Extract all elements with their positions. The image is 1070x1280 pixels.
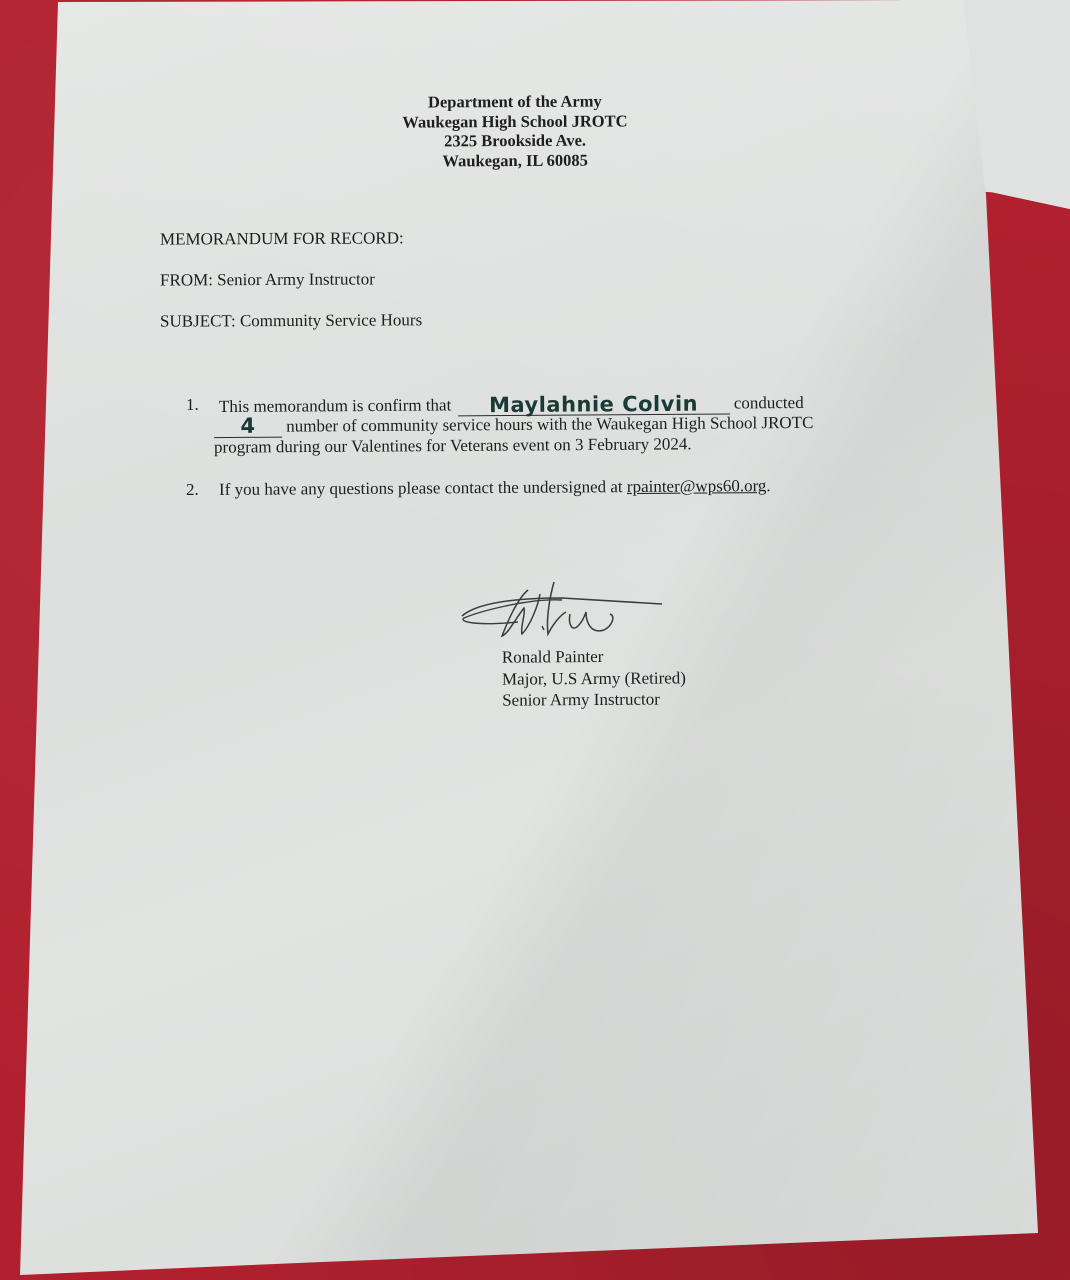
paragraph-2-number: 2. (186, 480, 199, 500)
signer-name: Ronald Painter (502, 645, 686, 668)
paragraph-1-line-3: program during our Valentines for Vetera… (214, 433, 692, 457)
paragraph-1-after-name: conducted (734, 393, 804, 412)
memo-subject: SUBJECT: Community Service Hours (160, 310, 422, 331)
signature-block: Ronald Painter Major, U.S Army (Retired)… (502, 645, 686, 711)
signer-rank: Major, U.S Army (Retired) (502, 667, 686, 690)
paragraph-2-text: If you have any questions please contact… (219, 477, 623, 499)
letterhead-street: 2325 Brookside Ave. (360, 130, 670, 151)
letterhead-unit: Waukegan High School JROTC (360, 111, 670, 132)
memo-from: FROM: Senior Army Instructor (160, 269, 375, 290)
hours-value: 4 (240, 414, 255, 438)
letterhead: Department of the Army Waukegan High Sch… (360, 91, 670, 171)
paragraph-1-after-hours: number of community service hours with t… (286, 413, 813, 436)
contact-email-link[interactable]: rpainter@wps60.org (627, 476, 767, 496)
hours-blank: 4 (214, 415, 282, 438)
signature-icon (458, 578, 668, 648)
letterhead-organization: Department of the Army (360, 91, 670, 112)
signer-title: Senior Army Instructor (502, 688, 686, 711)
paragraph-2-trailing: . (766, 476, 770, 495)
memo-type: MEMORANDUM FOR RECORD: (160, 228, 404, 249)
paragraph-2-line: If you have any questions please contact… (219, 475, 771, 500)
paragraph-1-number: 1. (186, 395, 199, 415)
letterhead-city: Waukegan, IL 60085 (360, 150, 670, 171)
